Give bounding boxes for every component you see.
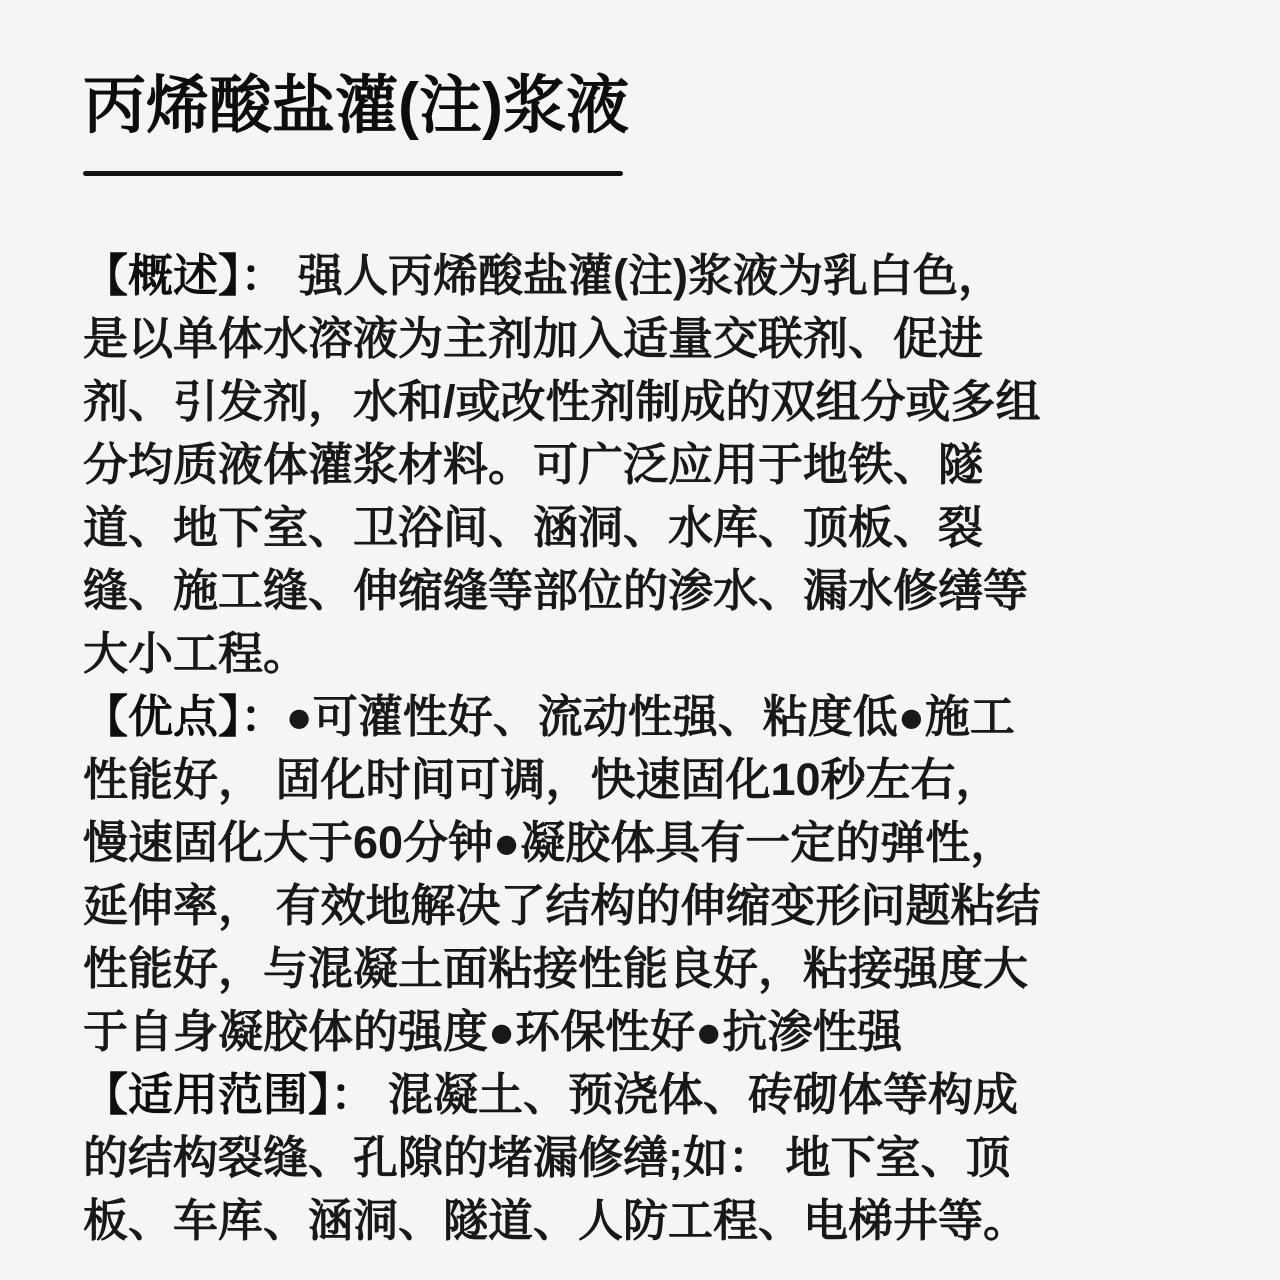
document-page: 丙烯酸盐灌(注)浆液 【概述】： 强人丙烯酸盐灌(注)浆液为乳白色， 是以单体水… bbox=[0, 0, 1280, 1280]
page-title: 丙烯酸盐灌(注)浆液 bbox=[83, 72, 1280, 141]
section-application-scope: 【适用范围】： 混凝土、预浇体、砖砌体等构成的结构裂缝、孔隙的堵漏修缮;如： 地… bbox=[83, 1063, 1051, 1252]
section-overview: 【概述】： 强人丙烯酸盐灌(注)浆液为乳白色， 是以单体水溶液为主剂加入适量交联… bbox=[83, 244, 1051, 685]
section-overview-header: 【概述】： bbox=[83, 250, 286, 301]
section-advantages-header: 【优点】： bbox=[83, 691, 286, 742]
section-overview-text: 强人丙烯酸盐灌(注)浆液为乳白色， 是以单体水溶液为主剂加入适量交联剂、促进剂、… bbox=[83, 250, 1041, 679]
section-advantages-text: ●可灌性好、流动性强、粘度低●施工性能好， 固化时间可调，快速固化10秒左右， … bbox=[83, 691, 1041, 1057]
section-application-scope-header: 【适用范围】： bbox=[83, 1069, 376, 1120]
document-body: 【概述】： 强人丙烯酸盐灌(注)浆液为乳白色， 是以单体水溶液为主剂加入适量交联… bbox=[83, 244, 1051, 1252]
section-advantages: 【优点】：●可灌性好、流动性强、粘度低●施工性能好， 固化时间可调，快速固化10… bbox=[83, 685, 1051, 1063]
title-underline bbox=[83, 171, 623, 176]
